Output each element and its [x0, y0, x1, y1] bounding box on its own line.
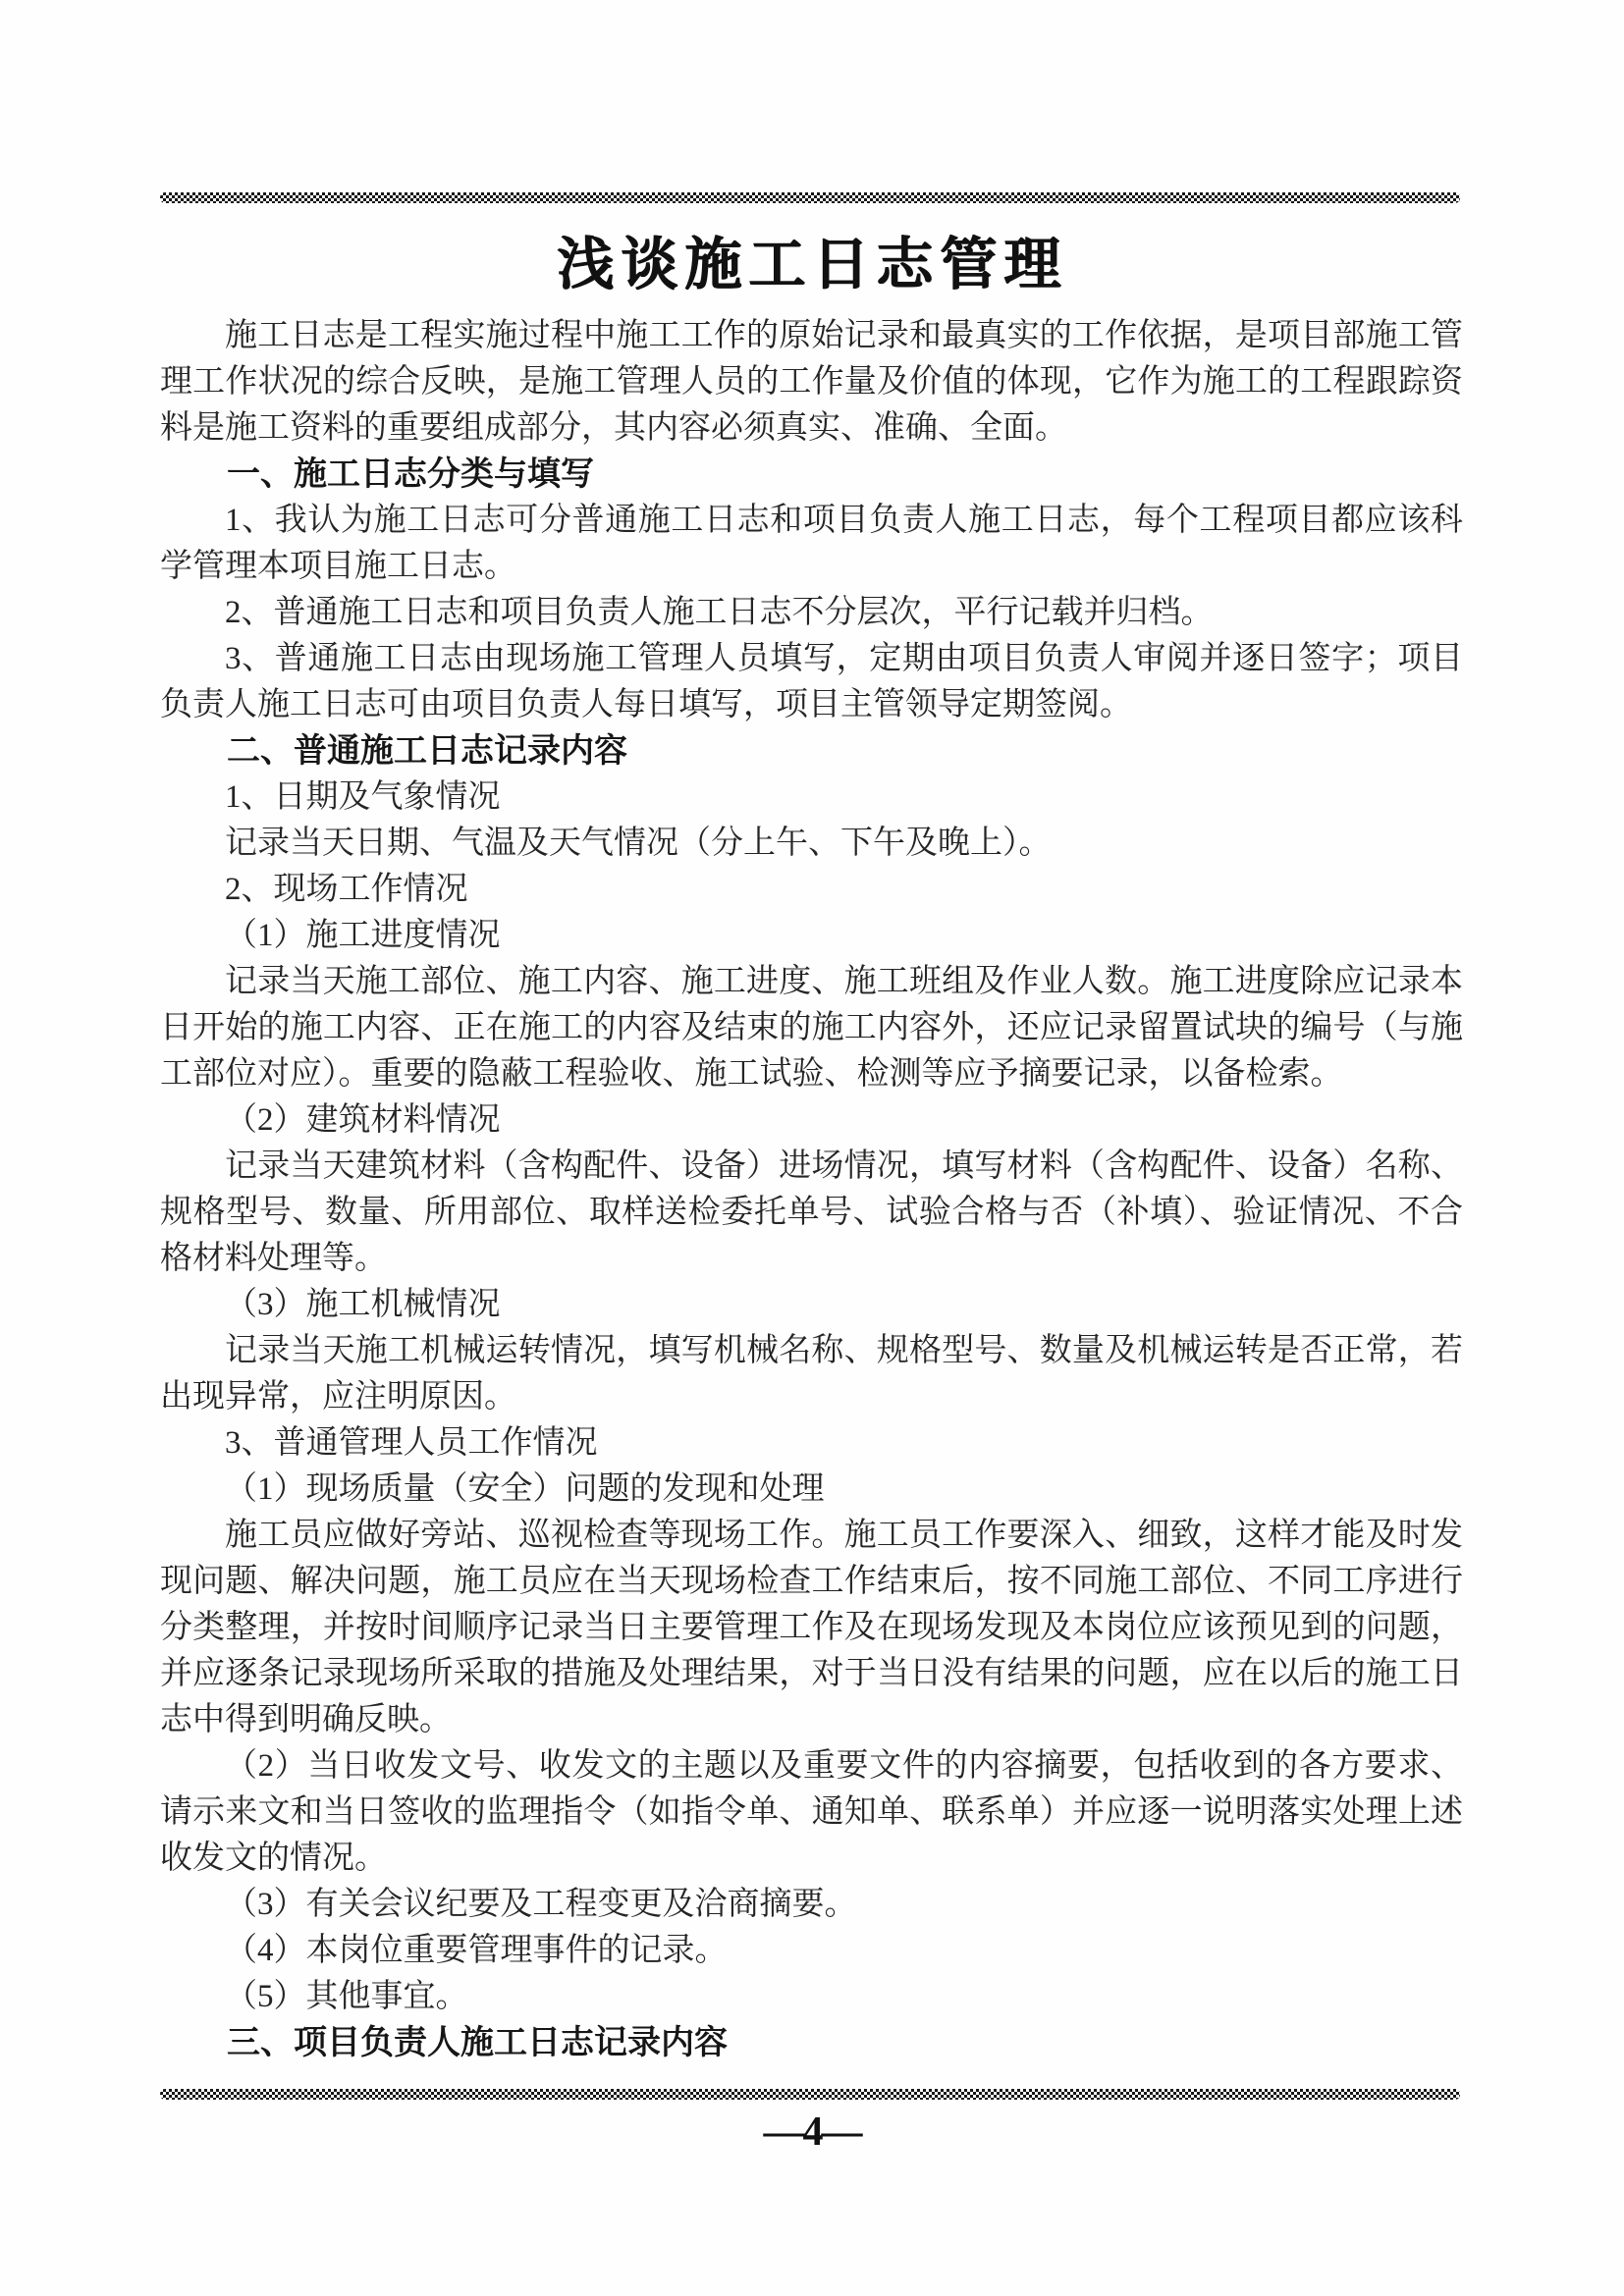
paragraph: （1）现场质量（安全）问题的发现和处理: [160, 1467, 1463, 1513]
section-heading: 二、普通施工日志记录内容: [160, 728, 1463, 774]
section-heading: 三、项目负责人施工日志记录内容: [160, 2020, 1463, 2066]
paragraph: （2）建筑材料情况: [160, 1097, 1463, 1144]
bottom-border-rule: [160, 2089, 1460, 2100]
paragraph: 1、日期及气象情况: [160, 774, 1463, 821]
paragraph: 1、我认为施工日志可分普通施工日志和项目负责人施工日志，每个工程项目都应该科学管…: [160, 498, 1463, 590]
paragraph: （3）施工机械情况: [160, 1282, 1463, 1328]
paragraph: 2、现场工作情况: [160, 867, 1463, 913]
paragraph: 记录当天建筑材料（含构配件、设备）进场情况，填写材料（含构配件、设备）名称、规格…: [160, 1144, 1463, 1282]
paragraph: 3、普通管理人员工作情况: [160, 1420, 1463, 1467]
document-page: 浅谈施工日志管理 施工日志是工程实施过程中施工工作的原始记录和最真实的工作依据，…: [0, 0, 1624, 2296]
document-body: 施工日志是工程实施过程中施工工作的原始记录和最真实的工作依据，是项目部施工管理工…: [160, 313, 1463, 2066]
paragraph: 施工员应做好旁站、巡视检查等现场工作。施工员工作要深入、细致，这样才能及时发现问…: [160, 1513, 1463, 1743]
paragraph: 2、普通施工日志和项目负责人施工日志不分层次，平行记载并归档。: [160, 590, 1463, 636]
top-border-rule: [160, 192, 1460, 203]
paragraph: （5）其他事宜。: [160, 1974, 1463, 2020]
paragraph: 记录当天施工部位、施工内容、施工进度、施工班组及作业人数。施工进度除应记录本日开…: [160, 959, 1463, 1097]
paragraph: 记录当天施工机械运转情况，填写机械名称、规格型号、数量及机械运转是否正常，若出现…: [160, 1328, 1463, 1420]
section-heading: 一、施工日志分类与填写: [160, 452, 1463, 498]
paragraph: （4）本岗位重要管理事件的记录。: [160, 1928, 1463, 1974]
paragraph: 记录当天日期、气温及天气情况（分上午、下午及晚上）。: [160, 821, 1463, 867]
page-title: 浅谈施工日志管理: [0, 218, 1624, 300]
paragraph: （1）施工进度情况: [160, 913, 1463, 959]
paragraph: （2）当日收发文号、收发文的主题以及重要文件的内容摘要，包括收到的各方要求、请示…: [160, 1743, 1463, 1882]
page-number: —4—: [0, 2109, 1624, 2156]
paragraph: 3、普通施工日志由现场施工管理人员填写，定期由项目负责人审阅并逐日签字；项目负责…: [160, 636, 1463, 728]
paragraph: （3）有关会议纪要及工程变更及洽商摘要。: [160, 1882, 1463, 1928]
paragraph: 施工日志是工程实施过程中施工工作的原始记录和最真实的工作依据，是项目部施工管理工…: [160, 313, 1463, 452]
